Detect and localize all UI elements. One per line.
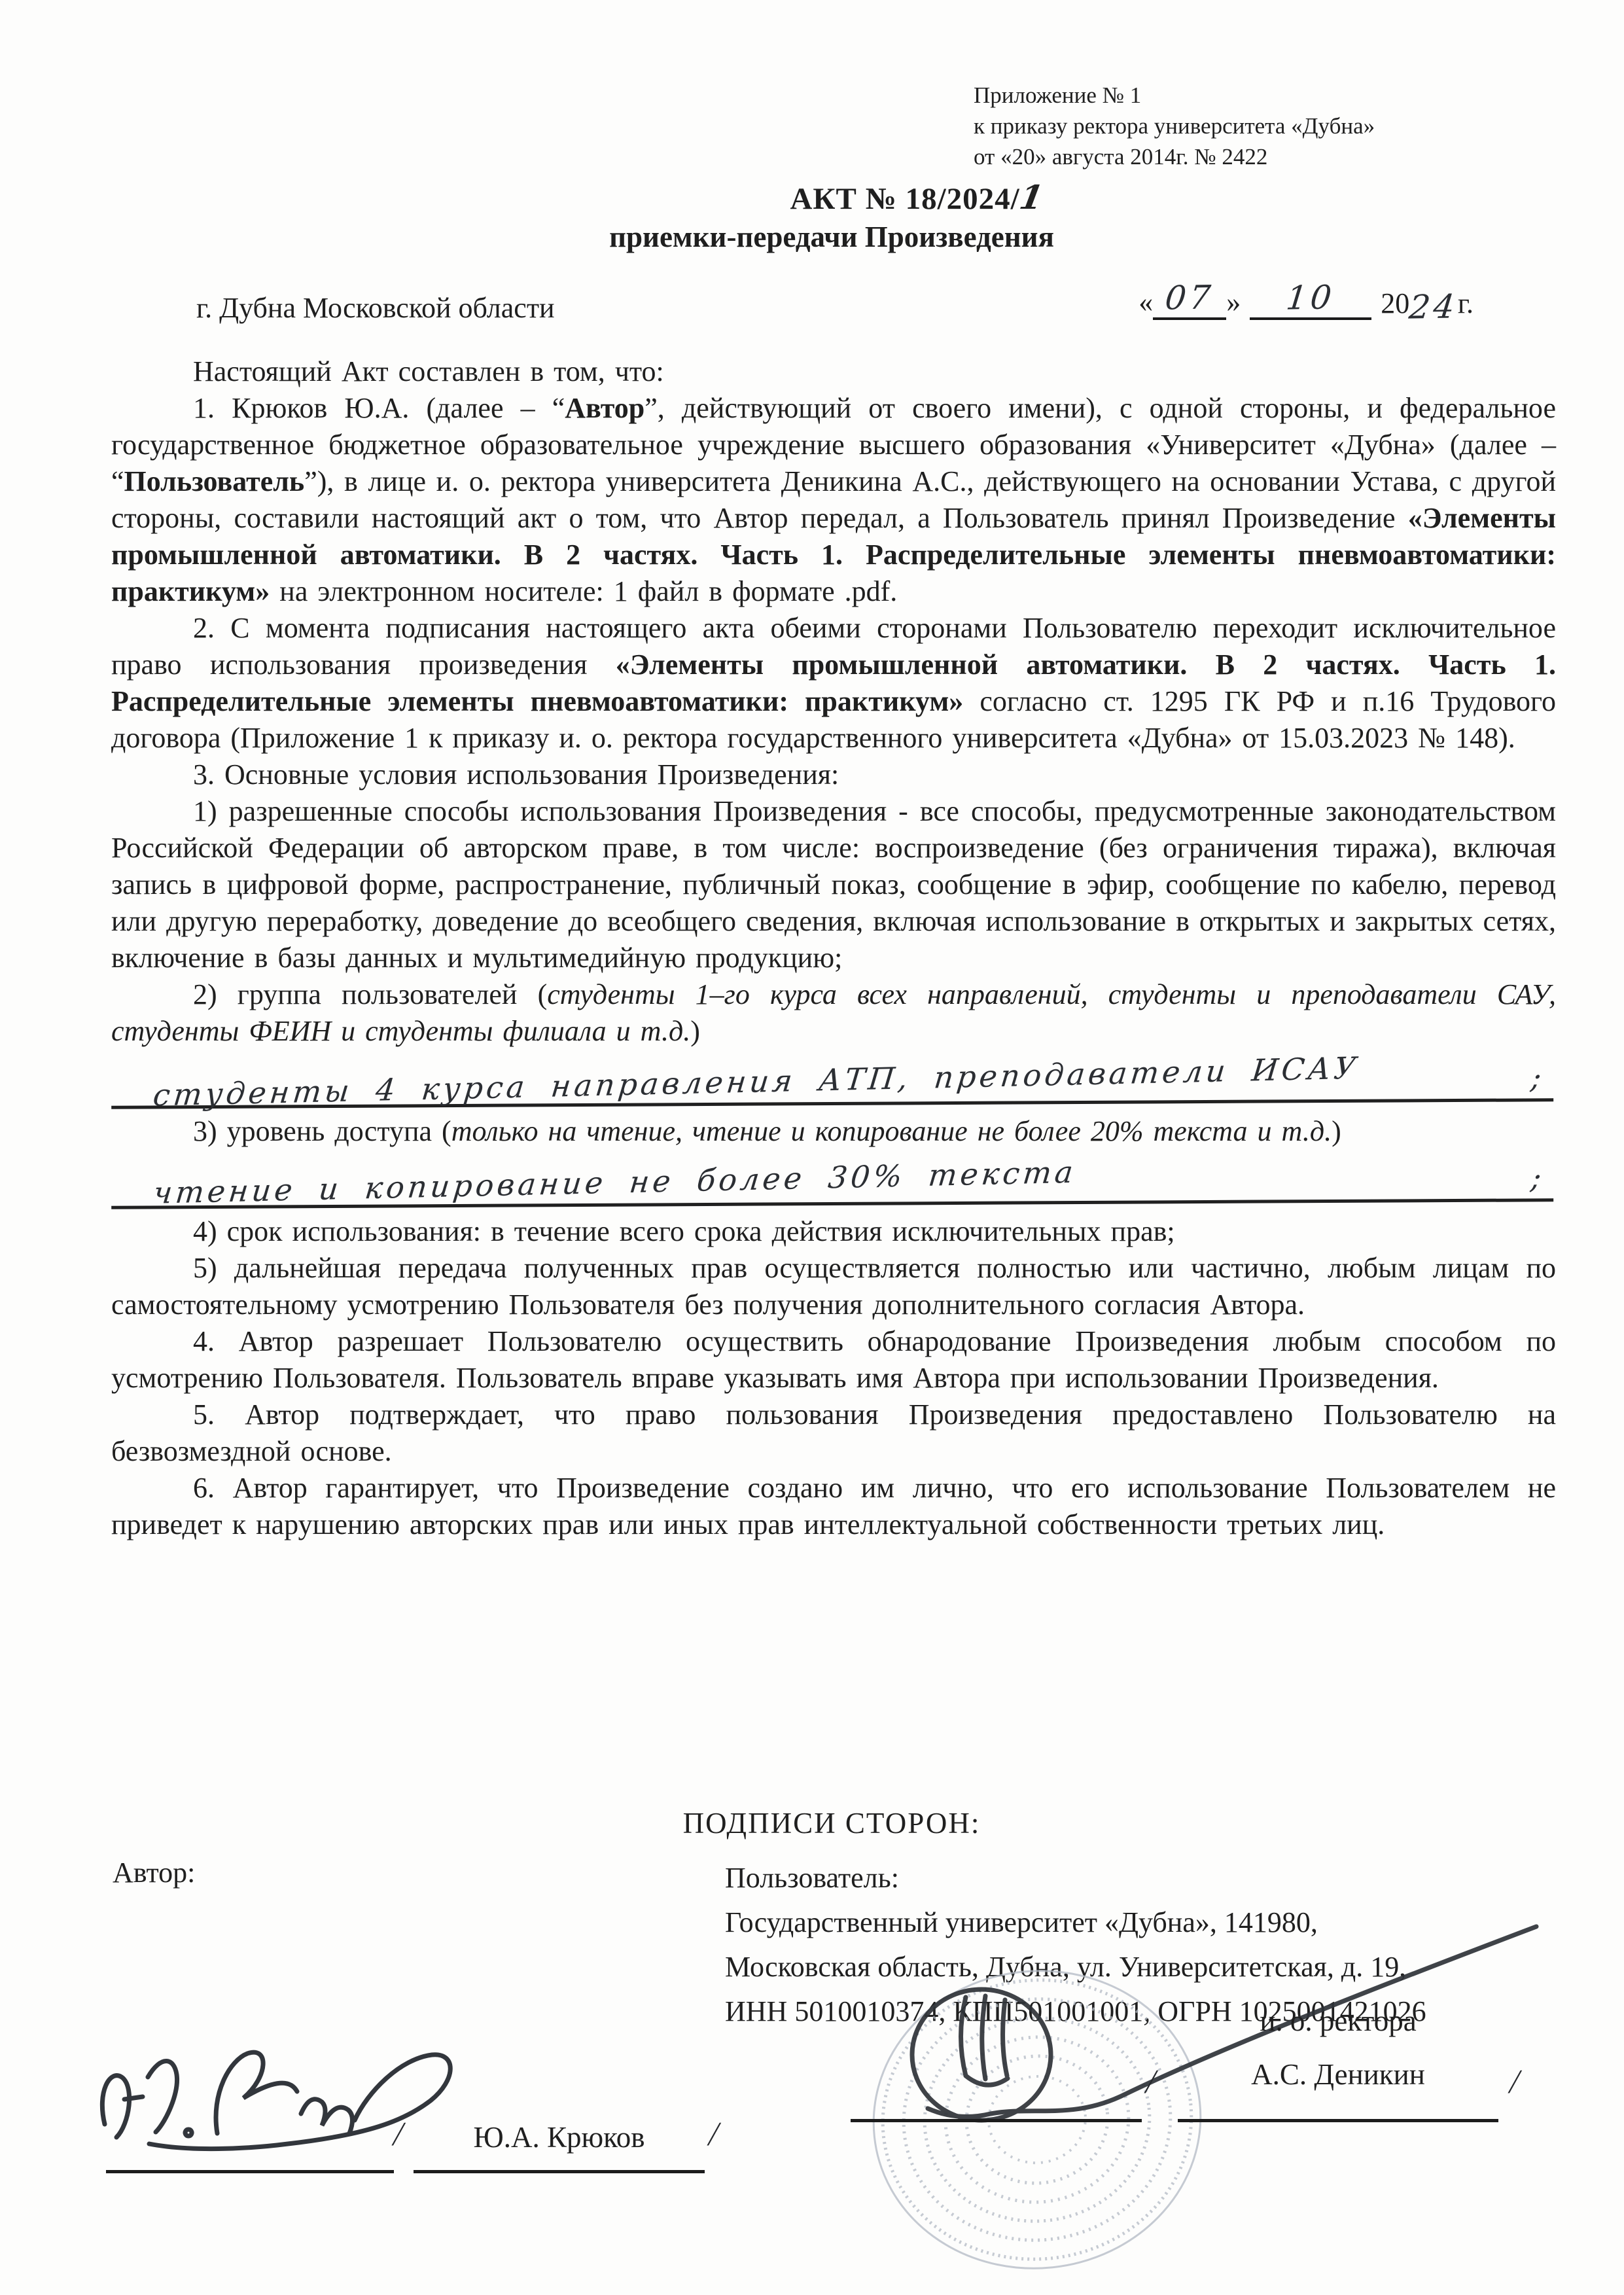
- body-paragraph: 3. Основные условия использования Произв…: [111, 756, 1556, 793]
- text-run: 2) группа пользователей (: [193, 978, 547, 1010]
- author-name: Ю.А. Крюков: [414, 2120, 705, 2154]
- author-label: Автор:: [113, 1856, 195, 1889]
- appendix-line: Приложение № 1: [974, 80, 1375, 111]
- body-paragraph: 1. Крюков Ю.А. (далее – “Автор”, действу…: [111, 390, 1556, 610]
- rector-position: и. о. ректора: [1178, 2004, 1498, 2038]
- year-suffix: г.: [1458, 287, 1474, 320]
- signatures-heading: ПОДПИСИ СТОРОН:: [20, 1806, 1624, 1840]
- appendix-note: Приложение № 1 к приказу ректора универс…: [974, 80, 1375, 172]
- handwritten-access-level-line: чтение и копирование не более 30% текста…: [111, 1148, 1553, 1209]
- body-paragraph: 2) группа пользователей (студенты 1–го к…: [111, 976, 1556, 1050]
- document-title: АКТ № 18/2024/1: [105, 178, 1624, 217]
- body-paragraph: 4. Автор разрешает Пользователю осуществ…: [111, 1323, 1556, 1397]
- author-signature-line: [106, 2170, 394, 2173]
- text-run: 5. Автор подтверждает, что право пользов…: [111, 1398, 1556, 1467]
- body-paragraph: 4) срок использования: в течение всего с…: [111, 1213, 1556, 1250]
- text-run: Пользователь: [124, 465, 305, 497]
- handwritten-text: студенты 4 курса направления АТП, препод…: [151, 1050, 1360, 1114]
- close-quote: »: [1226, 285, 1241, 320]
- author-signature-scribble: [92, 2014, 458, 2175]
- rector-signature-line: [851, 2119, 1142, 2122]
- act-number-handwritten: 1: [1017, 178, 1047, 217]
- text-run: ): [1332, 1115, 1341, 1147]
- text-run: Автор: [565, 392, 644, 424]
- day-field: 07: [1153, 283, 1226, 320]
- text-run: 3. Основные условия использования Произв…: [193, 758, 839, 791]
- body-paragraph: 1) разрешенные способы использования Про…: [111, 793, 1556, 976]
- text-run: Настоящий Акт составлен в том, что:: [193, 355, 664, 387]
- document-subtitle: приемки-передачи Произведения: [20, 220, 1624, 254]
- author-name-line: [414, 2170, 705, 2173]
- body-paragraph: 5. Автор подтверждает, что право пользов…: [111, 1397, 1556, 1470]
- date-of-signing: «07»102024г.: [1139, 283, 1474, 320]
- text-run: 1. Крюков Ю.А. (далее – “: [193, 392, 565, 424]
- year-printed: 20: [1381, 287, 1409, 320]
- text-run: 1) разрешенные способы использования Про…: [111, 795, 1556, 974]
- text-run: только на чтение, чтение и копирование н…: [451, 1115, 1332, 1147]
- body-paragraph: 3) уровень доступа (только на чтение, чт…: [111, 1113, 1556, 1150]
- month-handwritten: 10: [1285, 284, 1336, 311]
- text-run: 5) дальнейшая передача полученных прав о…: [111, 1252, 1556, 1321]
- line-terminator: ;: [1529, 1159, 1546, 1196]
- line-terminator: ;: [1529, 1059, 1546, 1095]
- slash-separator: /: [705, 2115, 723, 2154]
- text-run: ): [690, 1015, 700, 1047]
- text-run: 6. Автор гарантирует, что Произведение с…: [111, 1472, 1556, 1540]
- appendix-line: к приказу ректора университета «Дубна»: [974, 111, 1375, 141]
- text-run: 4) срок использования: в течение всего с…: [193, 1215, 1175, 1247]
- text-run: на электронном носителе: 1 файл в формат…: [270, 575, 897, 607]
- body-paragraph: 6. Автор гарантирует, что Произведение с…: [111, 1470, 1556, 1543]
- text-run: ”), в лице и. о. ректора университета Де…: [111, 465, 1556, 534]
- body-paragraph: Настоящий Акт составлен в том, что:: [111, 353, 1556, 390]
- handwritten-text: чтение и копирование не более 30% текста: [152, 1154, 1078, 1211]
- document-body: Настоящий Акт составлен в том, что: 1. К…: [111, 353, 1556, 1543]
- text-run: 3) уровень доступа (: [193, 1115, 451, 1147]
- act-number-printed: АКТ № 18/2024/: [790, 182, 1019, 216]
- text-run: 4. Автор разрешает Пользователю осуществ…: [111, 1325, 1556, 1394]
- body-paragraph: 5) дальнейшая передача полученных прав о…: [111, 1250, 1556, 1323]
- university-round-seal: [818, 1898, 1624, 2295]
- rector-name: А.С. Деникин: [1178, 2057, 1498, 2091]
- user-label: Пользователь:: [725, 1856, 1426, 1900]
- place-of-signing: г. Дубна Московской области: [196, 291, 555, 325]
- year-handwritten: 24: [1408, 293, 1459, 320]
- open-quote: «: [1139, 285, 1153, 320]
- handwritten-user-group-line: студенты 4 курса направления АТП, препод…: [111, 1048, 1553, 1109]
- scanned-act-document-page: Приложение № 1 к приказу ректора универс…: [0, 0, 1624, 2295]
- appendix-line: от «20» августа 2014г. № 2422: [974, 141, 1375, 172]
- rector-name-line: [1178, 2119, 1498, 2122]
- day-handwritten: 07: [1164, 284, 1215, 311]
- body-paragraph: 2. С момента подписания настоящего акта …: [111, 610, 1556, 756]
- month-field: 10: [1250, 283, 1371, 320]
